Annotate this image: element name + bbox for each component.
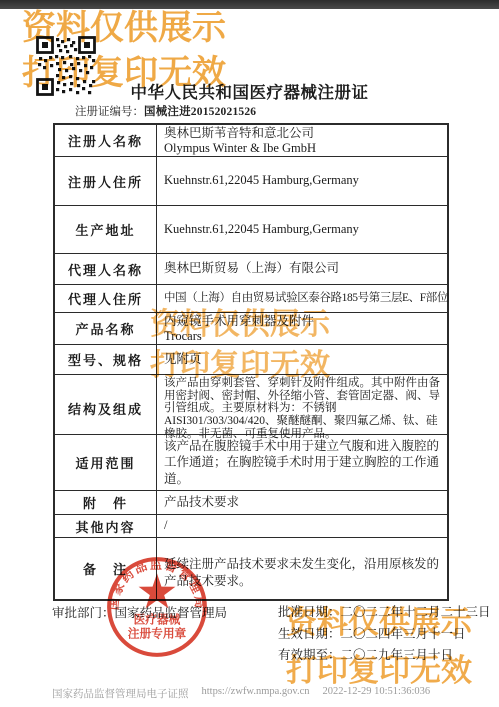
seal-star-icon xyxy=(139,573,176,608)
date-block: 批准日期：二〇二二年十二月二十三日 生效日期：二〇二四年三月十一日 有效期至：二… xyxy=(278,602,491,667)
field-value: 内窥镜手术用穿刺器及附件 Trocars xyxy=(157,313,447,344)
table-row: 注册人名称 奥林巴斯苇音特和意北公司 Olympus Winter & Ibe … xyxy=(55,125,447,156)
field-label: 代理人住所 xyxy=(55,285,157,312)
field-value: 该产品在腹腔镜手术中用于建立气腹和进入腹腔的工作通道；在胸腔镜手术时用于建立胸腔… xyxy=(157,435,447,490)
table-row: 结构及组成 该产品由穿刺套管、穿刺针及附件组成。其中附件由备用密封阀、密封帽、外… xyxy=(55,374,447,434)
footer-timestamp: 2022-12-29 10:51:36:036 xyxy=(323,686,431,701)
table-row: 附 件 产品技术要求 xyxy=(55,490,447,514)
table-row: 代理人住所 中国（上海）自由贸易试验区泰谷路185号第三层E、F部位 xyxy=(55,284,447,312)
table-row: 型号、规格 见附页 xyxy=(55,344,447,374)
seal-line1: 医疗器械 xyxy=(134,612,181,626)
field-label: 注册人住所 xyxy=(55,157,157,205)
footer-url: https://zwfw.nmpa.gov.cn xyxy=(202,686,310,701)
approve-date-line: 批准日期：二〇二二年十二月二十三日 xyxy=(278,602,491,620)
certificate-number-label: 注册证编号： xyxy=(75,106,144,118)
footer-issuer: 国家药品监督管理局电子证照 xyxy=(52,686,189,701)
table-row: 注册人住所 Kuehnstr.61,22045 Hamburg,Germany xyxy=(55,156,447,205)
electronic-license-footer: 国家药品监督管理局电子证照 https://zwfw.nmpa.gov.cn 2… xyxy=(52,686,430,701)
official-seal: 国家药品监督管理局 医疗器械 注册专用章 xyxy=(101,551,213,663)
field-label: 注册人名称 xyxy=(55,125,157,156)
valid-until-label: 有效期至： xyxy=(278,648,341,662)
field-label: 附 件 xyxy=(55,491,157,514)
effective-date-line: 生效日期：二〇二四年三月十一日 xyxy=(278,624,491,642)
certificate-number: 国械注进20152021526 xyxy=(144,106,256,118)
approve-date-value: 二〇二二年十二月二十三日 xyxy=(341,605,491,619)
table-row: 产品名称 内窥镜手术用穿刺器及附件 Trocars xyxy=(55,312,447,344)
table-row: 生产地址 Kuehnstr.61,22045 Hamburg,Germany xyxy=(55,205,447,253)
field-label: 型号、规格 xyxy=(55,345,157,374)
field-label: 其他内容 xyxy=(55,515,157,537)
effective-date-label: 生效日期： xyxy=(278,627,341,641)
field-value: Kuehnstr.61,22045 Hamburg,Germany xyxy=(157,157,447,205)
qr-code-icon xyxy=(36,36,96,96)
field-value: 奥林巴斯苇音特和意北公司 Olympus Winter & Ibe GmbH xyxy=(157,125,447,156)
field-value: 产品技术要求 xyxy=(157,491,447,514)
certificate-page: 中华人民共和国医疗器械注册证 注册证编号：国械注进20152021526 注册人… xyxy=(0,0,499,707)
table-row: 其他内容 / xyxy=(55,514,447,537)
field-value: 该产品由穿刺套管、穿刺针及附件组成。其中附件由备用密封阀、密封帽、外径缩小管、套… xyxy=(157,375,447,441)
field-value: 中国（上海）自由贸易试验区泰谷路185号第三层E、F部位 xyxy=(157,285,452,312)
table-row: 代理人名称 奥林巴斯贸易（上海）有限公司 xyxy=(55,253,447,284)
approve-date-label: 批准日期： xyxy=(278,605,341,619)
valid-until-value: 二〇二九年三月十日 xyxy=(341,648,454,662)
field-label: 代理人名称 xyxy=(55,254,157,284)
effective-date-value: 二〇二四年三月十一日 xyxy=(341,627,466,641)
certificate-table: 注册人名称 奥林巴斯苇音特和意北公司 Olympus Winter & Ibe … xyxy=(53,123,449,601)
field-value: 见附页 xyxy=(157,345,447,374)
field-label: 适用范围 xyxy=(55,435,157,490)
certificate-number-line: 注册证编号：国械注进20152021526 xyxy=(75,103,256,119)
valid-until-line: 有效期至：二〇二九年三月十日 xyxy=(278,645,491,663)
window-top-edge xyxy=(0,0,499,9)
field-label: 产品名称 xyxy=(55,313,157,344)
field-label: 结构及组成 xyxy=(55,375,157,441)
field-value: 奥林巴斯贸易（上海）有限公司 xyxy=(157,254,447,284)
field-value: / xyxy=(157,515,447,537)
seal-line2: 注册专用章 xyxy=(128,627,187,641)
table-row: 适用范围 该产品在腹腔镜手术中用于建立气腹和进入腹腔的工作通道；在胸腔镜手术时用… xyxy=(55,434,447,490)
field-label: 生产地址 xyxy=(55,206,157,253)
field-value: Kuehnstr.61,22045 Hamburg,Germany xyxy=(157,206,447,253)
